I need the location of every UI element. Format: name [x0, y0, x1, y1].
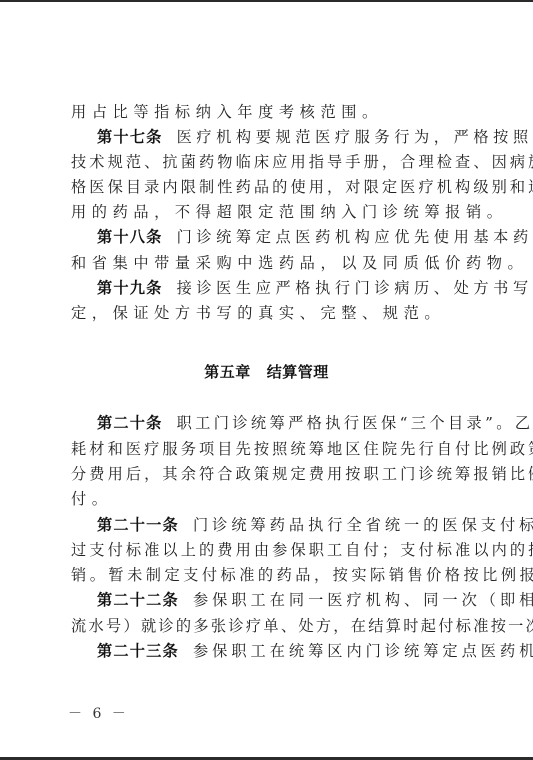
article-label: 第二十二条 [97, 591, 179, 609]
article-20: 第二十条职工门诊统筹严格执行医保“三个目录”。乙类药品、 [97, 411, 469, 436]
article-22: 第二十二条参保职工在同一医疗机构、同一次（即相同就诊 [97, 588, 469, 613]
text-line: 和省集中带量采购中选药品，以及同质低价药物。 [71, 251, 469, 276]
text-line: 用的药品，不得超限定范围纳入门诊统筹报销。 [71, 200, 469, 225]
line-text: 耗材和医疗服务项目先按照统筹地区住院先行自付比例政策自付部 [71, 440, 533, 458]
chapter-heading: 第五章结算管理 [0, 360, 533, 385]
page-number: － 6 － [68, 703, 129, 723]
text-line: 定，保证处方书写的真实、完整、规范。 [71, 301, 469, 326]
article-label: 第二十一条 [97, 516, 179, 534]
line-text: 过支付标准以上的费用由参保职工自付；支付标准以内的按比例报 [71, 541, 533, 559]
text-line: 格医保目录内限制性药品的使用，对限定医疗机构级别和适应症使 [71, 175, 469, 200]
article-text: 门诊统筹药品执行全省统一的医保支付标准，超 [193, 516, 533, 534]
line-text: 付。 [71, 490, 113, 508]
article-label: 第十八条 [97, 228, 163, 246]
text-line: 付。 [71, 487, 469, 512]
text-line: 技术规范、抗菌药物临床应用指导手册，合理检查、因病施治。严 [71, 150, 469, 175]
article-text: 职工门诊统筹严格执行医保“三个目录”。乙类药品、 [177, 414, 533, 432]
article-19: 第十九条接诊医生应严格执行门诊病历、处方书写与管理规 [97, 276, 469, 301]
line-text: 用的药品，不得超限定范围纳入门诊统筹报销。 [71, 203, 508, 221]
text-line: 过支付标准以上的费用由参保职工自付；支付标准以内的按比例报 [71, 538, 469, 563]
line-text: 销。暂未制定支付标准的药品，按实际销售价格按比例报销。 [71, 566, 533, 584]
line-text: 分费用后，其余符合政策规定费用按职工门诊统筹报销比例给予支 [71, 465, 533, 483]
article-label: 第十九条 [97, 279, 163, 297]
article-label: 第十七条 [97, 128, 163, 146]
text-line: 流水号）就诊的多张诊疗单、处方，在结算时起付标准按一次计算。 [71, 614, 469, 639]
line-text: 用占比等指标纳入年度考核范围。 [71, 103, 383, 121]
article-label: 第二十三条 [97, 642, 179, 660]
article-text: 参保职工在同一医疗机构、同一次（即相同就诊 [193, 591, 533, 609]
line-text: 和省集中带量采购中选药品，以及同质低价药物。 [71, 254, 528, 272]
article-text: 医疗机构要规范医疗服务行为，严格按照临床诊疗 [177, 128, 533, 146]
article-23: 第二十三条参保职工在统筹区内门诊统筹定点医药机构发生 [97, 639, 469, 664]
line-text: 格医保目录内限制性药品的使用，对限定医疗机构级别和适应症使 [71, 178, 533, 196]
text-line: 分费用后，其余符合政策规定费用按职工门诊统筹报销比例给予支 [71, 462, 469, 487]
line-text: 定，保证处方书写的真实、完整、规范。 [71, 304, 445, 322]
chapter-number: 第五章 [204, 363, 251, 381]
document-page: 用占比等指标纳入年度考核范围。 第十七条医疗机构要规范医疗服务行为，严格按照临床… [0, 0, 533, 760]
line-text: 技术规范、抗菌药物临床应用指导手册，合理检查、因病施治。严 [71, 153, 533, 171]
text-line: 用占比等指标纳入年度考核范围。 [71, 100, 469, 125]
line-text: 流水号）就诊的多张诊疗单、处方，在结算时起付标准按一次计算。 [71, 617, 533, 635]
text-line: 耗材和医疗服务项目先按照统筹地区住院先行自付比例政策自付部 [71, 437, 469, 462]
chapter-title: 结算管理 [267, 363, 329, 381]
article-text: 门诊统筹定点医药机构应优先使用基本药物、国家 [177, 228, 533, 246]
text-line: 销。暂未制定支付标准的药品，按实际销售价格按比例报销。 [71, 563, 469, 588]
article-21: 第二十一条门诊统筹药品执行全省统一的医保支付标准，超 [97, 513, 469, 538]
article-18: 第十八条门诊统筹定点医药机构应优先使用基本药物、国家 [97, 225, 469, 250]
article-text: 接诊医生应严格执行门诊病历、处方书写与管理规 [177, 279, 533, 297]
article-17: 第十七条医疗机构要规范医疗服务行为，严格按照临床诊疗 [97, 125, 469, 150]
article-label: 第二十条 [97, 414, 163, 432]
article-text: 参保职工在统筹区内门诊统筹定点医药机构发生 [193, 642, 533, 660]
